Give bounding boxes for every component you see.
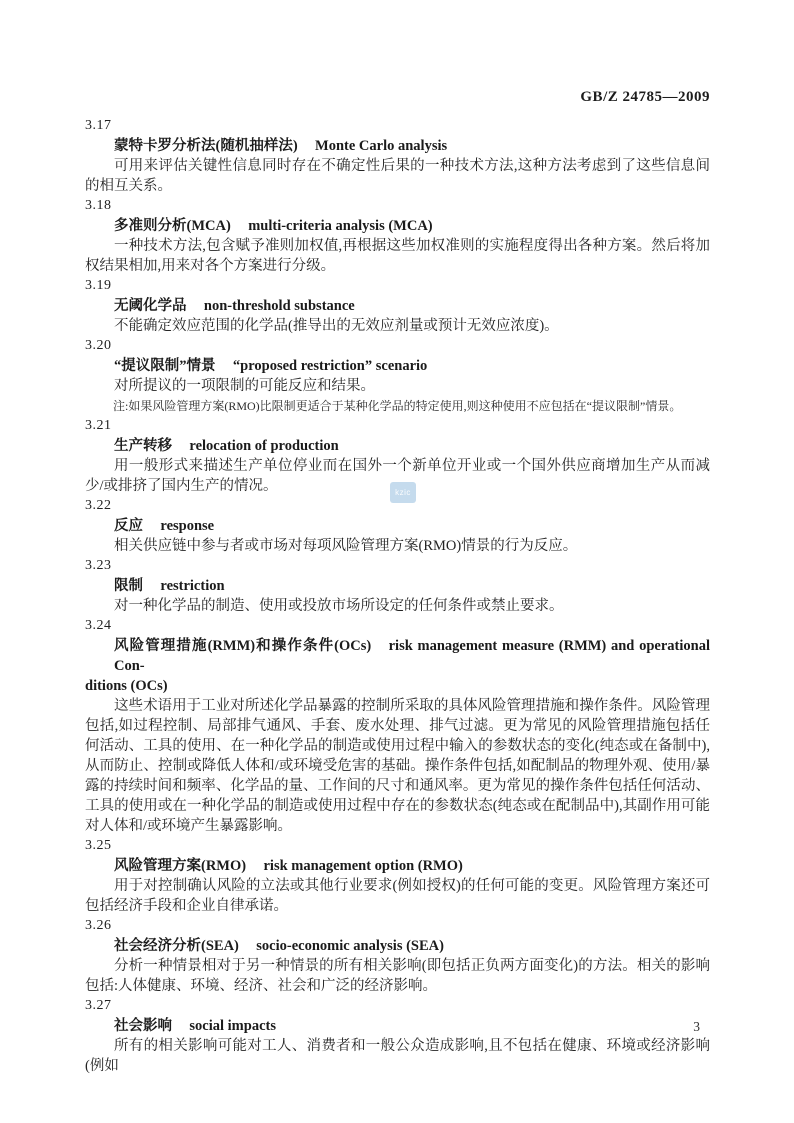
section-number: 3.19 bbox=[85, 276, 710, 296]
section-number: 3.20 bbox=[85, 336, 710, 356]
section-number: 3.21 bbox=[85, 416, 710, 436]
term-chinese: 生产转移 bbox=[114, 438, 172, 454]
term-section: 3.17蒙特卡罗分析法(随机抽样法)Monte Carlo analysis可用… bbox=[85, 116, 710, 196]
document-page: GB/Z 24785—2009 3.17蒙特卡罗分析法(随机抽样法)Monte … bbox=[0, 0, 794, 1123]
term-chinese: 多准则分析(MCA) bbox=[114, 218, 231, 234]
term-chinese: 限制 bbox=[114, 578, 143, 594]
definition-paragraph: 分析一种情景相对于另一种情景的所有相关影响(即包括正负两方面变化)的方法。相关的… bbox=[85, 956, 710, 996]
term-chinese: 社会经济分析(SEA) bbox=[114, 938, 239, 954]
note-line: 注:如果风险管理方案(RMO)比限制更适合于某种化学品的特定使用,则这种使用不应… bbox=[85, 396, 710, 416]
term-section: 3.25风险管理方案(RMO)risk management option (R… bbox=[85, 836, 710, 916]
term-line: 多准则分析(MCA)multi-criteria analysis (MCA) bbox=[85, 216, 710, 236]
term-line: 生产转移relocation of production bbox=[85, 436, 710, 456]
term-english: non-threshold substance bbox=[204, 298, 355, 314]
section-number: 3.26 bbox=[85, 916, 710, 936]
term-english: “proposed restriction” scenario bbox=[233, 358, 427, 374]
term-section: 3.19无阈化学品non-threshold substance不能确定效应范围… bbox=[85, 276, 710, 336]
term-line: 社会经济分析(SEA)socio-economic analysis (SEA) bbox=[85, 936, 710, 956]
term-line: “提议限制”情景“proposed restriction” scenario bbox=[85, 356, 710, 376]
term-section: 3.24风险管理措施(RMM)和操作条件(OCs)risk management… bbox=[85, 616, 710, 836]
term-section: 3.23限制restriction对一种化学品的制造、使用或投放市场所设定的任何… bbox=[85, 556, 710, 616]
term-chinese: 蒙特卡罗分析法(随机抽样法) bbox=[114, 138, 298, 154]
definition-paragraph: 相关供应链中参与者或市场对每项风险管理方案(RMO)情景的行为反应。 bbox=[85, 536, 710, 556]
definition-paragraph: 不能确定效应范围的化学品(推导出的无效应剂量或预计无效应浓度)。 bbox=[85, 316, 710, 336]
term-section: 3.22反应response相关供应链中参与者或市场对每项风险管理方案(RMO)… bbox=[85, 496, 710, 556]
term-chinese: 风险管理措施(RMM)和操作条件(OCs) bbox=[114, 638, 371, 654]
term-line: 限制restriction bbox=[85, 576, 710, 596]
section-number: 3.24 bbox=[85, 616, 710, 636]
term-section: 3.26社会经济分析(SEA)socio-economic analysis (… bbox=[85, 916, 710, 996]
definition-paragraph: 可用来评估关键性信息同时存在不确定性后果的一种技术方法,这种方法考虑到了这些信息… bbox=[85, 156, 710, 196]
term-section: 3.27社会影响social impacts所有的相关影响可能对工人、消费者和一… bbox=[85, 996, 710, 1076]
section-number: 3.17 bbox=[85, 116, 710, 136]
watermark-badge: kzic bbox=[390, 482, 416, 503]
definition-paragraph: 一种技术方法,包含赋予准则加权值,再根据这些加权准则的实施程度得出各种方案。然后… bbox=[85, 236, 710, 276]
term-english: response bbox=[160, 518, 214, 534]
term-line: 反应response bbox=[85, 516, 710, 536]
term-section: 3.18多准则分析(MCA)multi-criteria analysis (M… bbox=[85, 196, 710, 276]
term-english-continuation: ditions (OCs) bbox=[85, 676, 710, 696]
definition-paragraph: 所有的相关影响可能对工人、消费者和一般公众造成影响,且不包括在健康、环境或经济影… bbox=[85, 1036, 710, 1076]
term-line: 无阈化学品non-threshold substance bbox=[85, 296, 710, 316]
term-chinese: 反应 bbox=[114, 518, 143, 534]
term-chinese: 风险管理方案(RMO) bbox=[114, 858, 246, 874]
term-english: relocation of production bbox=[189, 438, 338, 454]
watermark-text: kzic bbox=[395, 488, 411, 497]
term-chinese: 无阈化学品 bbox=[114, 298, 187, 314]
definition-paragraph: 对一种化学品的制造、使用或投放市场所设定的任何条件或禁止要求。 bbox=[85, 596, 710, 616]
standard-code-header: GB/Z 24785—2009 bbox=[85, 89, 710, 106]
definition-paragraph: 用于对控制确认风险的立法或其他行业要求(例如授权)的任何可能的变更。风险管理方案… bbox=[85, 876, 710, 916]
content: 3.17蒙特卡罗分析法(随机抽样法)Monte Carlo analysis可用… bbox=[85, 116, 710, 1076]
term-english: socio-economic analysis (SEA) bbox=[256, 938, 444, 954]
definition-paragraph: 这些术语用于工业对所述化学品暴露的控制所采取的具体风险管理措施和操作条件。风险管… bbox=[85, 696, 710, 836]
section-number: 3.25 bbox=[85, 836, 710, 856]
term-english: restriction bbox=[160, 578, 224, 594]
term-line: 风险管理方案(RMO)risk management option (RMO) bbox=[85, 856, 710, 876]
page-number: 3 bbox=[85, 1019, 700, 1035]
term-english: Monte Carlo analysis bbox=[315, 138, 447, 154]
term-line: 风险管理措施(RMM)和操作条件(OCs)risk management mea… bbox=[85, 636, 710, 676]
definition-paragraph: 对所提议的一项限制的可能反应和结果。 bbox=[85, 376, 710, 396]
term-section: 3.20“提议限制”情景“proposed restriction” scena… bbox=[85, 336, 710, 416]
section-number: 3.27 bbox=[85, 996, 710, 1016]
section-number: 3.23 bbox=[85, 556, 710, 576]
term-english: multi-criteria analysis (MCA) bbox=[248, 218, 432, 234]
term-line: 蒙特卡罗分析法(随机抽样法)Monte Carlo analysis bbox=[85, 136, 710, 156]
term-chinese: “提议限制”情景 bbox=[114, 358, 216, 374]
term-english: risk management option (RMO) bbox=[263, 858, 462, 874]
section-number: 3.18 bbox=[85, 196, 710, 216]
